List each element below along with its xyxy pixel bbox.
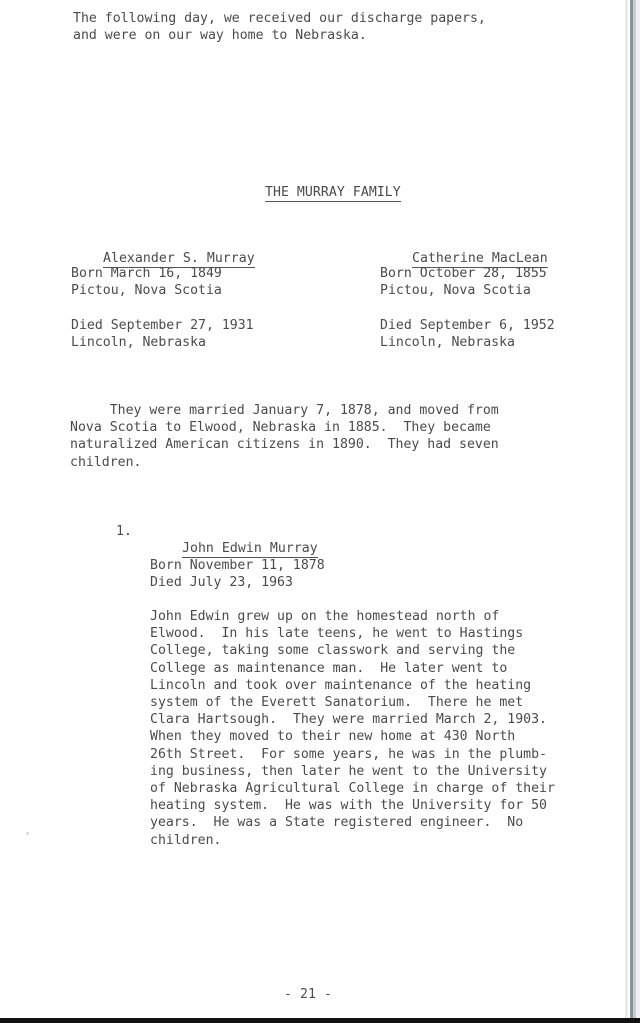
section-title: THE MURRAY FAMILY — [233, 167, 401, 219]
death-place: Lincoln, Nebraska — [380, 334, 555, 351]
death-date: Died September 27, 1931 — [71, 317, 254, 334]
scan-speck — [26, 832, 29, 835]
child-biography: John Edwin grew up on the homestead nort… — [150, 608, 555, 849]
birth-place: Pictou, Nova Scotia — [71, 282, 222, 299]
bio-line: children. — [150, 832, 555, 849]
bio-line: Clara Hartsough. They were married March… — [150, 711, 555, 728]
parent-birth: Born March 16, 1849 Pictou, Nova Scotia — [71, 265, 222, 299]
bio-line: ing business, then later he went to the … — [150, 763, 555, 780]
paragraph-line: children. — [70, 454, 499, 471]
bio-line: John Edwin grew up on the homestead nort… — [150, 608, 555, 625]
intro-paragraph: The following day, we received our disch… — [73, 10, 486, 44]
child-number: 1. — [116, 523, 132, 540]
birth-date: Born March 16, 1849 — [71, 265, 222, 282]
page-edge — [625, 0, 628, 1018]
child-name-text: John Edwin Murray — [182, 541, 318, 558]
bio-line: of Nebraska Agricultural College in char… — [150, 780, 555, 797]
intro-line: The following day, we received our disch… — [73, 10, 486, 27]
bio-line: When they moved to their new home at 430… — [150, 728, 555, 745]
bio-line: years. He was a State registered enginee… — [150, 814, 555, 831]
child-born: Born November 11, 1878 — [150, 557, 325, 574]
bio-line: 26th Street. For some years, he was in t… — [150, 746, 555, 763]
intro-line: and were on our way home to Nebraska. — [73, 27, 486, 44]
child-dates: Born November 11, 1878 Died July 23, 196… — [150, 557, 325, 591]
birth-place: Pictou, Nova Scotia — [380, 282, 547, 299]
document-page: The following day, we received our disch… — [0, 0, 640, 1023]
paragraph-line: Nova Scotia to Elwood, Nebraska in 1885.… — [70, 419, 499, 436]
paragraph-line: They were married January 7, 1878, and m… — [70, 402, 499, 419]
bio-line: system of the Everett Sanatorium. There … — [150, 694, 555, 711]
bio-line: College as maintenance man. He later wen… — [150, 660, 555, 677]
parent-death: Died September 6, 1952 Lincoln, Nebraska — [380, 317, 555, 351]
bio-line: Lincoln and took over maintenance of the… — [150, 677, 555, 694]
page-edge — [636, 0, 640, 1018]
child-died: Died July 23, 1963 — [150, 574, 325, 591]
death-place: Lincoln, Nebraska — [71, 334, 254, 351]
paragraph-line: naturalized American citizens in 1890. T… — [70, 436, 499, 453]
birth-date: Born October 28, 1855 — [380, 265, 547, 282]
marriage-paragraph: They were married January 7, 1878, and m… — [70, 402, 499, 471]
death-date: Died September 6, 1952 — [380, 317, 555, 334]
section-title-text: THE MURRAY FAMILY — [265, 185, 401, 202]
bio-line: Elwood. In his late teens, he went to Ha… — [150, 625, 555, 642]
scan-bottom-border — [0, 1018, 640, 1023]
parent-birth: Born October 28, 1855 Pictou, Nova Scoti… — [380, 265, 547, 299]
bio-line: College, taking some classwork and servi… — [150, 642, 555, 659]
bio-line: heating system. He was with the Universi… — [150, 797, 555, 814]
page-number: - 21 - — [284, 986, 332, 1003]
parent-death: Died September 27, 1931 Lincoln, Nebrask… — [71, 317, 254, 351]
